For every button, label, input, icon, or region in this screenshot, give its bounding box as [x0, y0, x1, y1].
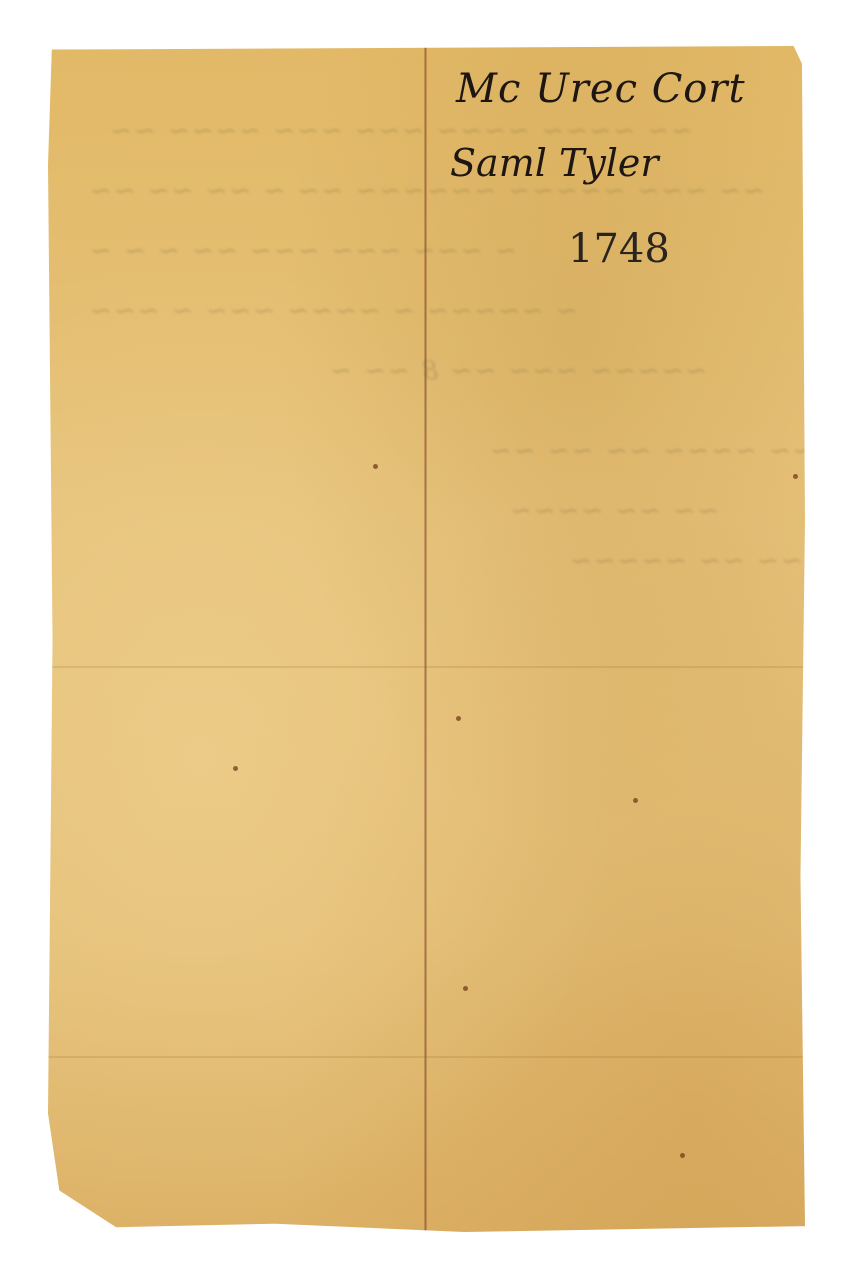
- bleed-through-text: ~~ ~~~ ~~~~~ ~~~~~~ ~~ ~ ~~ ~~ ~~: [88, 176, 765, 206]
- bleed-through-text: ~~~~~ ~~~ ~~ 8 ~~ ~: [328, 356, 707, 386]
- horizontal-fold-line: [48, 666, 805, 668]
- horizontal-fold-line: [48, 1056, 805, 1058]
- vertical-fold-line: [424, 46, 427, 1232]
- ink-spot: [373, 464, 378, 469]
- bleed-through-text: ~ ~~~ ~~~ ~~~ ~~ ~ ~ ~: [88, 236, 517, 266]
- ink-spot: [680, 1153, 685, 1158]
- ink-spot: [793, 474, 798, 479]
- docket-surname: Tyler: [559, 141, 659, 185]
- ink-spot: [463, 986, 468, 991]
- bleed-through-text: ~~~ ~~~~ ~~ ~~~~~: [568, 546, 851, 576]
- bleed-through-text: ~~ ~~ ~~~~: [508, 496, 719, 526]
- ink-spot: [233, 766, 238, 771]
- bleed-through-text: ~~~~~~ ~~~~ ~~ ~~ ~~: [488, 436, 851, 466]
- ink-spot: [456, 716, 461, 721]
- docket-given-name: Saml: [450, 141, 547, 185]
- docket-year: 1748: [568, 226, 670, 272]
- docket-line-2: Saml Tyler: [450, 141, 659, 185]
- docket-line-1: Mc Urec Cort: [456, 66, 746, 112]
- document-sheet: ~~ ~~~~ ~~~~ ~~~ ~~~ ~~~~ ~~ ~~ ~~~ ~~~~…: [48, 46, 805, 1232]
- ink-spot: [633, 798, 638, 803]
- bleed-through-text: ~ ~~~~~ ~ ~~~~ ~~~ ~ ~~~: [88, 296, 578, 326]
